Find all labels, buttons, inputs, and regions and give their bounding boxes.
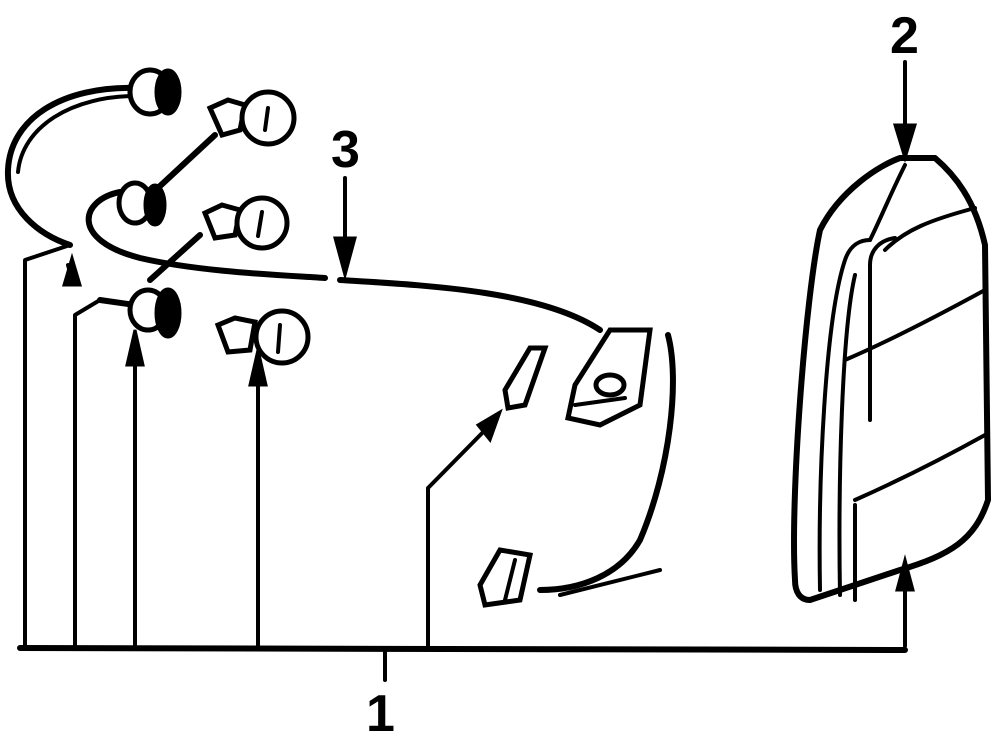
callout-label-1: 1 [366,688,395,740]
bulb-lower [218,311,308,363]
callout-3-leader [335,178,355,275]
bulb-socket-lower [100,289,180,337]
side-marker-lens [505,348,545,408]
harness-connector-lower [480,550,530,605]
callout-label-3: 3 [331,124,360,176]
harness-connector-upper [568,330,650,425]
bulb-socket-upper-left [130,70,180,114]
parts-diagram [0,0,1000,748]
bulb-socket-middle [119,135,215,225]
callout-2-leader [895,62,915,158]
bulb-upper [210,92,294,144]
callout-label-2: 2 [890,10,919,62]
tail-lamp-housing [794,158,988,600]
